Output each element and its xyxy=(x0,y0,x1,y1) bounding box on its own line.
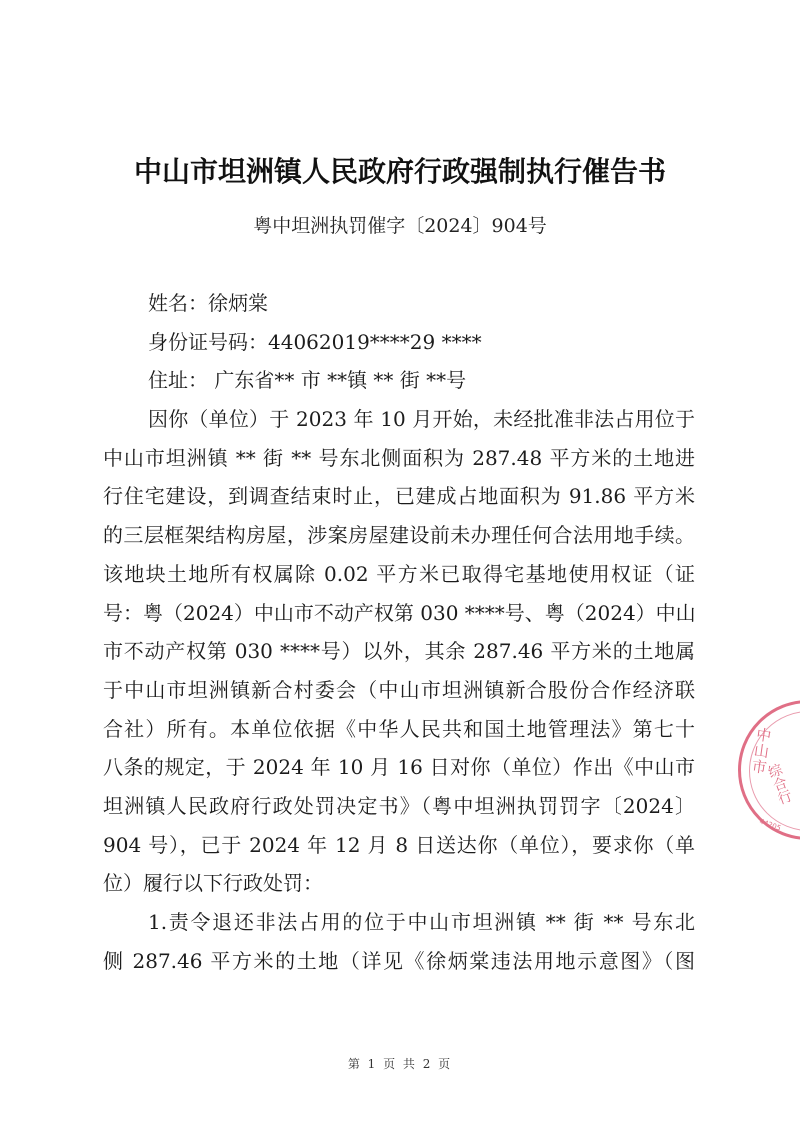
body-line: 904 号），已于 2024 年 12 月 8 日送达你（单位），要求你（单 xyxy=(103,826,695,865)
document-number: 粤中坦洲执罚催字〔2024〕904号 xyxy=(0,211,800,241)
body-line: 的三层框架结构房屋，涉案房屋建设前未办理任何合法用地手续。 xyxy=(103,516,695,555)
body-line: 行住宅建设，到调查结束时止，已建成占地面积为 91.86 平方米 xyxy=(103,477,695,516)
party-address: 住址： 广东省** 市 **镇 ** 街 **号 xyxy=(103,361,695,400)
body-line: 侧 287.46 平方米的土地（详见《徐炳棠违法用地示意图》（图 xyxy=(103,942,695,981)
document-page: 中山市坦洲镇人民政府行政强制执行催告书 粤中坦洲执罚催字〔2024〕904号 姓… xyxy=(0,0,800,1131)
document-body: 姓名：徐炳棠 身份证号码：44062019****29 **** 住址： 广东省… xyxy=(103,284,695,980)
body-line: 八条的规定，于 2024 年 10 月 16 日对你（单位）作出《中山市 xyxy=(103,748,695,787)
document-title: 中山市坦洲镇人民政府行政强制执行催告书 xyxy=(0,152,800,192)
penalty-item-1: 1.责令退还非法占用的位于中山市坦洲镇 ** 街 ** 号东北 xyxy=(103,903,695,942)
body-line: 号：粤（2024）中山市不动产权第 030 ****号、粤（2024）中山 xyxy=(103,594,695,633)
body-line: 合社）所有。本单位依据《中华人民共和国土地管理法》第七十 xyxy=(103,710,695,749)
body-line: 因你（单位）于 2023 年 10 月开始，未经批准非法占用位于 xyxy=(103,400,695,439)
party-id-number: 身份证号码：44062019****29 **** xyxy=(103,323,695,362)
party-name: 姓名：徐炳棠 xyxy=(103,284,695,323)
official-seal-stamp: 中山市 综合行 44205 xyxy=(738,700,800,840)
body-line: 于中山市坦洲镇新合村委会（中山市坦洲镇新合股份合作经济联 xyxy=(103,671,695,710)
page-footer: 第 1 页 共 2 页 xyxy=(0,1055,800,1072)
body-line: 坦洲镇人民政府行政处罚决定书》（粤中坦洲执罚罚字〔2024〕 xyxy=(103,787,695,826)
body-line: 市不动产权第 030 ****号）以外，其余 287.46 平方米的土地属 xyxy=(103,632,695,671)
body-line: 该地块土地所有权属除 0.02 平方米已取得宅基地使用权证（证 xyxy=(103,555,695,594)
body-line: 中山市坦洲镇 ** 街 ** 号东北侧面积为 287.48 平方米的土地进 xyxy=(103,439,695,478)
body-line: 位）履行以下行政处罚： xyxy=(103,864,695,903)
